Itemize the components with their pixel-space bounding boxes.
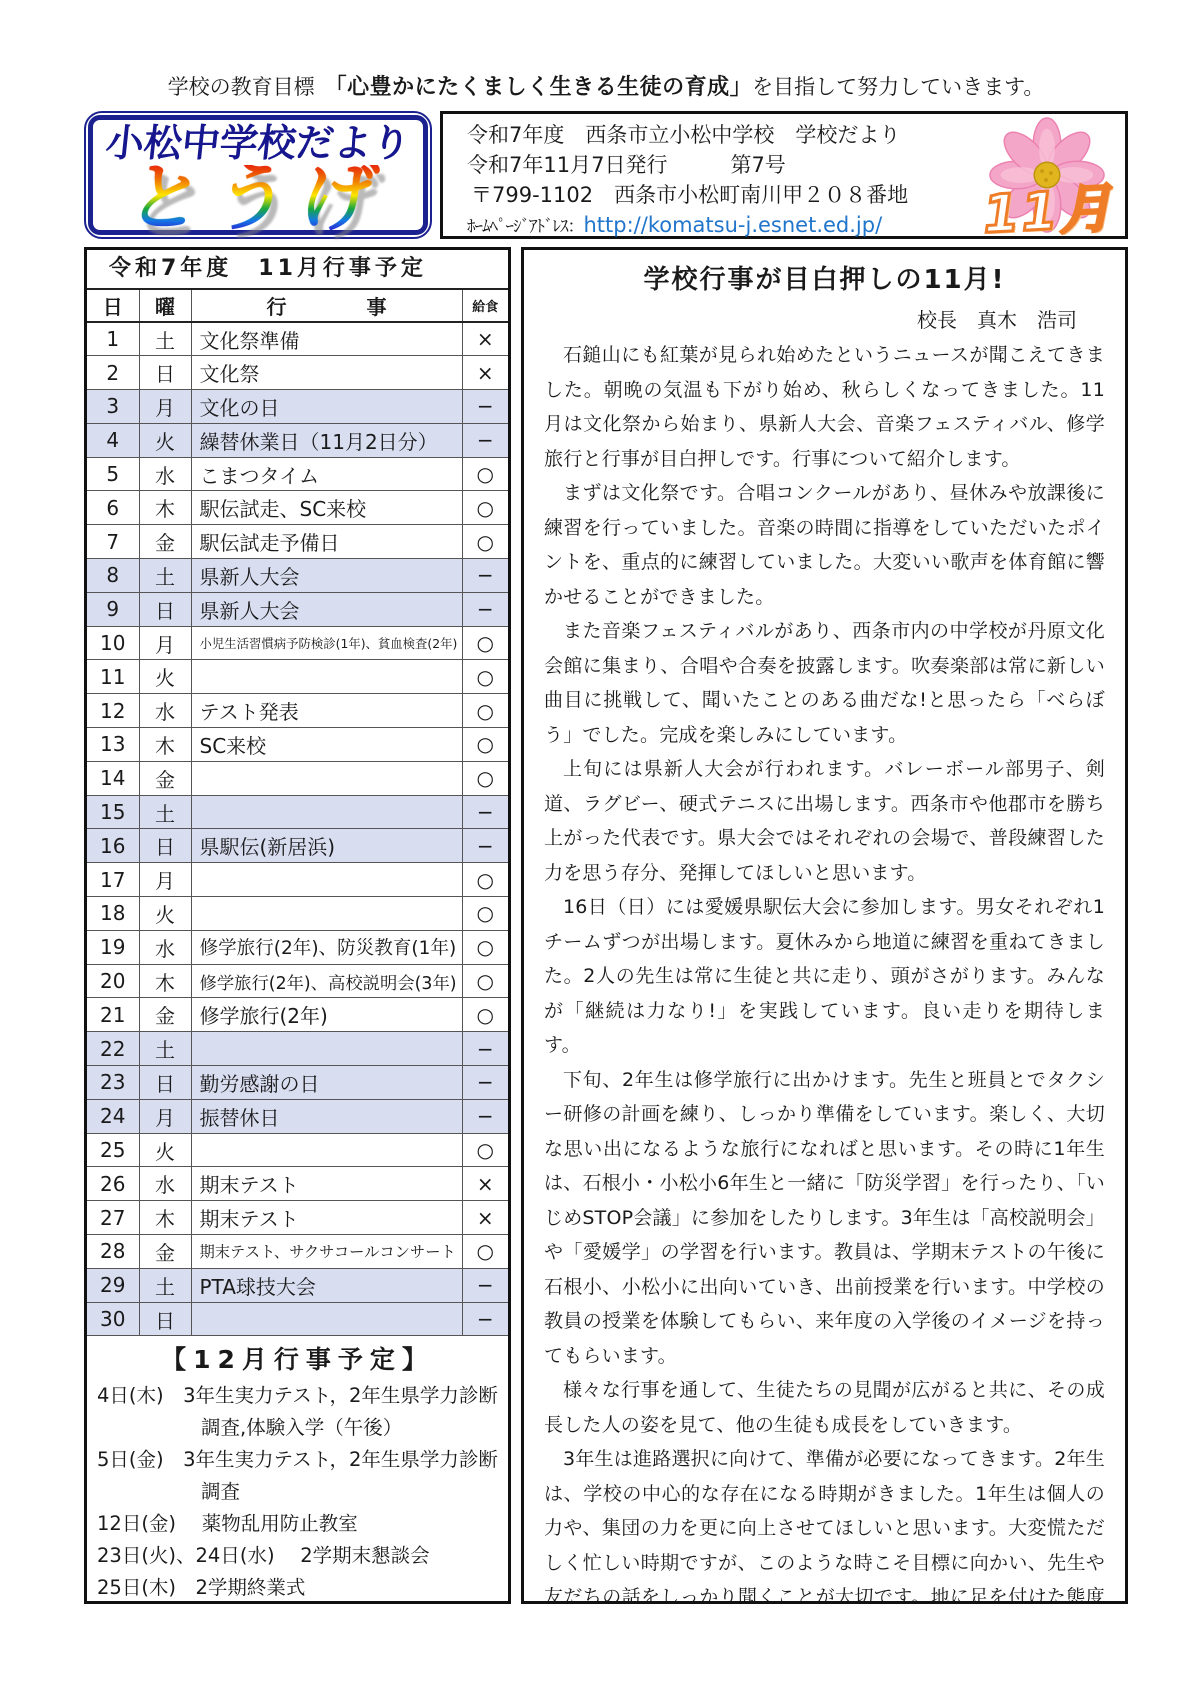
event-cell: テスト発表: [191, 694, 462, 728]
schedule-row: 14金○: [87, 761, 508, 795]
day-cell: 21: [87, 998, 139, 1032]
day-cell: 22: [87, 1032, 139, 1066]
day-cell: 4: [87, 423, 139, 457]
weekday-cell: 金: [139, 525, 191, 559]
event-cell: [191, 660, 462, 694]
day-cell: 14: [87, 761, 139, 795]
event-cell: 期末テスト、サクサコールコンサート: [191, 1235, 462, 1269]
motto-quoted: 「心豊かにたくましく生きる生徒の育成」: [336, 75, 753, 100]
schedule-row: 17月○: [87, 863, 508, 897]
event-cell: 文化の日: [191, 390, 462, 424]
schedule-row: 16日県駅伝(新居浜)−: [87, 829, 508, 863]
lunch-cell: ○: [462, 694, 508, 728]
weekday-cell: 土: [139, 1268, 191, 1302]
lunch-cell: −: [462, 1302, 508, 1336]
event-cell: 小児生活習慣病予防検診(1年)、貧血検査(2年): [191, 626, 462, 660]
event-cell: PTA球技大会: [191, 1268, 462, 1302]
day-cell: 1: [87, 322, 139, 356]
lunch-cell: −: [462, 1066, 508, 1100]
lunch-cell: −: [462, 390, 508, 424]
weekday-cell: 火: [139, 897, 191, 931]
december-title: 【12月行事予定】: [87, 1340, 508, 1380]
schedule-row: 24月振替休日−: [87, 1099, 508, 1133]
event-cell: 県新人大会: [191, 592, 462, 626]
day-cell: 25: [87, 1133, 139, 1167]
day-cell: 3: [87, 390, 139, 424]
weekday-cell: 火: [139, 423, 191, 457]
column-header-event: 行 事: [191, 290, 462, 322]
schedule-row: 19水修学旅行(2年)、防災教育(1年)○: [87, 930, 508, 964]
weekday-cell: 土: [139, 559, 191, 593]
month-badge: 11月: [981, 183, 1114, 242]
weekday-cell: 土: [139, 1032, 191, 1066]
article-paragraph: 下旬、2年生は修学旅行に出かけます。先生と班員とでタクシー研修の計画を練り、しっ…: [544, 1063, 1105, 1374]
day-cell: 24: [87, 1099, 139, 1133]
day-cell: 18: [87, 897, 139, 931]
event-cell: 繰替休業日（11月2日分）: [191, 423, 462, 457]
schedule-box: 令和7年度 11月行事予定 日 曜 行 事 給食 1土文化祭準備×2日文化祭×3…: [84, 247, 511, 1604]
schedule-row: 18火○: [87, 897, 508, 931]
homepage-url-link[interactable]: http://komatsu-j.esnet.ed.jp/: [584, 213, 883, 237]
event-cell: 駅伝試走予備日: [191, 525, 462, 559]
schedule-row: 12水テスト発表○: [87, 694, 508, 728]
day-cell: 6: [87, 491, 139, 525]
december-item: 12日(金) 薬物乱用防止教室: [97, 1508, 502, 1540]
day-cell: 20: [87, 964, 139, 998]
lunch-cell: ○: [462, 761, 508, 795]
masthead: 小松中学校だより とうげ 令和7年度 西条市立小松中学校 学校だより 令和7年1…: [84, 111, 1128, 239]
lunch-cell: ○: [462, 491, 508, 525]
lunch-cell: −: [462, 829, 508, 863]
lunch-cell: ○: [462, 863, 508, 897]
article-author: 校長 真木 浩司: [544, 302, 1105, 338]
december-item: 25日(木) 2学期終業式: [97, 1572, 502, 1604]
lunch-cell: ×: [462, 1167, 508, 1201]
event-cell: 修学旅行(2年)、高校説明会(3年): [191, 964, 462, 998]
schedule-row: 30日−: [87, 1302, 508, 1336]
schedule-row: 11火○: [87, 660, 508, 694]
day-cell: 23: [87, 1066, 139, 1100]
schedule-title: 令和7年度 11月行事予定: [87, 250, 508, 290]
day-cell: 26: [87, 1167, 139, 1201]
day-cell: 11: [87, 660, 139, 694]
event-cell: [191, 897, 462, 931]
event-cell: 修学旅行(2年)、防災教育(1年): [191, 930, 462, 964]
column-header-weekday: 曜: [139, 290, 191, 322]
event-cell: 期末テスト: [191, 1167, 462, 1201]
schedule-row: 6木駅伝試走、SC来校○: [87, 491, 508, 525]
day-cell: 16: [87, 829, 139, 863]
schedule-row: 23日勤労感謝の日−: [87, 1066, 508, 1100]
school-motto: 学校の教育目標 「心豊かにたくましく生きる生徒の育成」を目指して努力していきます…: [84, 74, 1128, 101]
lunch-cell: ○: [462, 964, 508, 998]
december-list: 4日(木) 3年生実力テスト，2年生県学力診断調査,体験入学（午後）5日(金) …: [87, 1380, 508, 1604]
article-paragraph: また音楽フェスティバルがあり、西条市内の中学校が丹原文化会館に集まり、合唱や合奏…: [544, 614, 1105, 752]
day-cell: 19: [87, 930, 139, 964]
lunch-cell: ○: [462, 930, 508, 964]
schedule-row: 15土−: [87, 795, 508, 829]
weekday-cell: 日: [139, 1066, 191, 1100]
weekday-cell: 水: [139, 930, 191, 964]
article-paragraph: 石鎚山にも紅葉が見られ始めたというニュースが聞こえてきました。朝晩の気温も下がり…: [544, 338, 1105, 476]
lunch-cell: ○: [462, 626, 508, 660]
schedule-row: 29土PTA球技大会−: [87, 1268, 508, 1302]
day-cell: 8: [87, 559, 139, 593]
day-cell: 15: [87, 795, 139, 829]
motto-prefix: 学校の教育目標: [168, 75, 336, 99]
newsletter-logo-box: 小松中学校だより とうげ: [84, 111, 432, 239]
weekday-cell: 金: [139, 998, 191, 1032]
weekday-cell: 土: [139, 322, 191, 356]
day-cell: 30: [87, 1302, 139, 1336]
lunch-cell: ○: [462, 457, 508, 491]
lunch-cell: ○: [462, 728, 508, 762]
weekday-cell: 土: [139, 795, 191, 829]
lunch-cell: −: [462, 592, 508, 626]
homepage-label: ﾎｰﾑﾍﾟｰｼﾞｱﾄﾞﾚｽ：: [467, 217, 584, 237]
day-cell: 17: [87, 863, 139, 897]
lunch-cell: ×: [462, 356, 508, 390]
column-header-day: 日: [87, 290, 139, 322]
schedule-row: 25火○: [87, 1133, 508, 1167]
newsletter-title-rainbow: とうげ: [87, 165, 429, 231]
day-cell: 2: [87, 356, 139, 390]
weekday-cell: 水: [139, 694, 191, 728]
day-cell: 12: [87, 694, 139, 728]
motto-suffix: を目指して努力していきます。: [752, 75, 1044, 99]
schedule-row: 22土−: [87, 1032, 508, 1066]
december-item: 5日(金) 3年生実力テスト，2年生県学力診断調査: [97, 1444, 502, 1508]
day-cell: 9: [87, 592, 139, 626]
weekday-cell: 水: [139, 457, 191, 491]
event-cell: 文化祭準備: [191, 322, 462, 356]
weekday-cell: 日: [139, 829, 191, 863]
event-cell: 修学旅行(2年): [191, 998, 462, 1032]
lunch-cell: ○: [462, 660, 508, 694]
december-item: 23日(火)、24日(水) 2学期末懇談会: [97, 1540, 502, 1572]
event-cell: 振替休日: [191, 1099, 462, 1133]
lunch-cell: −: [462, 559, 508, 593]
schedule-header-row: 日 曜 行 事 給食: [87, 290, 508, 322]
lunch-cell: −: [462, 1268, 508, 1302]
newsletter-logo-inner: 小松中学校だより とうげ: [88, 115, 428, 235]
event-cell: [191, 1302, 462, 1336]
schedule-row: 27木期末テスト×: [87, 1201, 508, 1235]
schedule-row: 21金修学旅行(2年)○: [87, 998, 508, 1032]
day-cell: 10: [87, 626, 139, 660]
day-cell: 29: [87, 1268, 139, 1302]
weekday-cell: 火: [139, 660, 191, 694]
event-cell: こまつタイム: [191, 457, 462, 491]
event-cell: [191, 761, 462, 795]
event-cell: [191, 795, 462, 829]
publication-info-box: 令和7年度 西条市立小松中学校 学校だより 令和7年11月7日発行 第7号 〒7…: [440, 111, 1128, 239]
weekday-cell: 火: [139, 1133, 191, 1167]
day-cell: 27: [87, 1201, 139, 1235]
lunch-cell: −: [462, 795, 508, 829]
column-header-lunch: 給食: [462, 290, 508, 322]
schedule-row: 20木修学旅行(2年)、高校説明会(3年)○: [87, 964, 508, 998]
article-paragraph: 16日（日）には愛媛県駅伝大会に参加します。男女それぞれ1チームずつが出場します…: [544, 890, 1105, 1063]
schedule-row: 9日県新人大会−: [87, 592, 508, 626]
schedule-row: 2日文化祭×: [87, 356, 508, 390]
schedule-row: 28金期末テスト、サクサコールコンサート○: [87, 1235, 508, 1269]
lunch-cell: ○: [462, 1133, 508, 1167]
event-cell: 文化祭: [191, 356, 462, 390]
weekday-cell: 月: [139, 863, 191, 897]
schedule-row: 26水期末テスト×: [87, 1167, 508, 1201]
event-cell: [191, 863, 462, 897]
weekday-cell: 金: [139, 761, 191, 795]
event-cell: [191, 1133, 462, 1167]
lunch-cell: ×: [462, 322, 508, 356]
schedule-row: 8土県新人大会−: [87, 559, 508, 593]
lunch-cell: ×: [462, 1201, 508, 1235]
lunch-cell: −: [462, 1032, 508, 1066]
event-cell: 県新人大会: [191, 559, 462, 593]
day-cell: 28: [87, 1235, 139, 1269]
main-columns: 令和7年度 11月行事予定 日 曜 行 事 給食 1土文化祭準備×2日文化祭×3…: [84, 247, 1128, 1604]
weekday-cell: 木: [139, 728, 191, 762]
weekday-cell: 日: [139, 592, 191, 626]
schedule-row: 3月文化の日−: [87, 390, 508, 424]
day-cell: 7: [87, 525, 139, 559]
weekday-cell: 月: [139, 626, 191, 660]
day-cell: 13: [87, 728, 139, 762]
article-title: 学校行事が目白押しの11月!: [544, 258, 1105, 302]
weekday-cell: 月: [139, 390, 191, 424]
lunch-cell: ○: [462, 998, 508, 1032]
lunch-cell: −: [462, 1099, 508, 1133]
article-body: 石鎚山にも紅葉が見られ始めたというニュースが聞こえてきました。朝晩の気温も下がり…: [544, 338, 1105, 1604]
schedule-row: 4火繰替休業日（11月2日分）−: [87, 423, 508, 457]
lunch-cell: ○: [462, 525, 508, 559]
article-box: 学校行事が目白押しの11月! 校長 真木 浩司 石鎚山にも紅葉が見られ始めたとい…: [521, 247, 1128, 1604]
weekday-cell: 木: [139, 491, 191, 525]
december-item: 4日(木) 3年生実力テスト，2年生県学力診断調査,体験入学（午後）: [97, 1380, 502, 1444]
schedule-row: 13木SC来校○: [87, 728, 508, 762]
article-paragraph: まずは文化祭です。合唱コンクールがあり、昼休みや放課後に練習を行っていました。音…: [544, 476, 1105, 614]
event-cell: 県駅伝(新居浜): [191, 829, 462, 863]
weekday-cell: 日: [139, 1302, 191, 1336]
weekday-cell: 月: [139, 1099, 191, 1133]
event-cell: 駅伝試走、SC来校: [191, 491, 462, 525]
lunch-cell: −: [462, 423, 508, 457]
schedule-row: 1土文化祭準備×: [87, 322, 508, 356]
schedule-table: 日 曜 行 事 給食 1土文化祭準備×2日文化祭×3月文化の日−4火繰替休業日（…: [87, 290, 508, 1336]
article-paragraph: 上旬には県新人大会が行われます。バレーボール部男子、剣道、ラグビー、硬式テニスに…: [544, 752, 1105, 890]
newsletter-page: 学校の教育目標 「心豊かにたくましく生きる生徒の育成」を目指して努力していきます…: [84, 74, 1128, 1604]
schedule-row: 10月小児生活習慣病予防検診(1年)、貧血検査(2年)○: [87, 626, 508, 660]
article-paragraph: 様々な行事を通して、生徒たちの見聞が広がると共に、その成長した人の姿を見て、他の…: [544, 1373, 1105, 1442]
lunch-cell: ○: [462, 1235, 508, 1269]
weekday-cell: 水: [139, 1167, 191, 1201]
schedule-row: 5水こまつタイム○: [87, 457, 508, 491]
event-cell: [191, 1032, 462, 1066]
lunch-cell: ○: [462, 897, 508, 931]
weekday-cell: 金: [139, 1235, 191, 1269]
weekday-cell: 日: [139, 356, 191, 390]
weekday-cell: 木: [139, 1201, 191, 1235]
weekday-cell: 木: [139, 964, 191, 998]
event-cell: SC来校: [191, 728, 462, 762]
day-cell: 5: [87, 457, 139, 491]
event-cell: 勤労感謝の日: [191, 1066, 462, 1100]
event-cell: 期末テスト: [191, 1201, 462, 1235]
schedule-row: 7金駅伝試走予備日○: [87, 525, 508, 559]
article-paragraph: 3年生は進路選択に向けて、準備が必要になってきます。2年生は、学校の中心的な存在…: [544, 1442, 1105, 1604]
schedule-table-body: 1土文化祭準備×2日文化祭×3月文化の日−4火繰替休業日（11月2日分）−5水こ…: [87, 322, 508, 1336]
